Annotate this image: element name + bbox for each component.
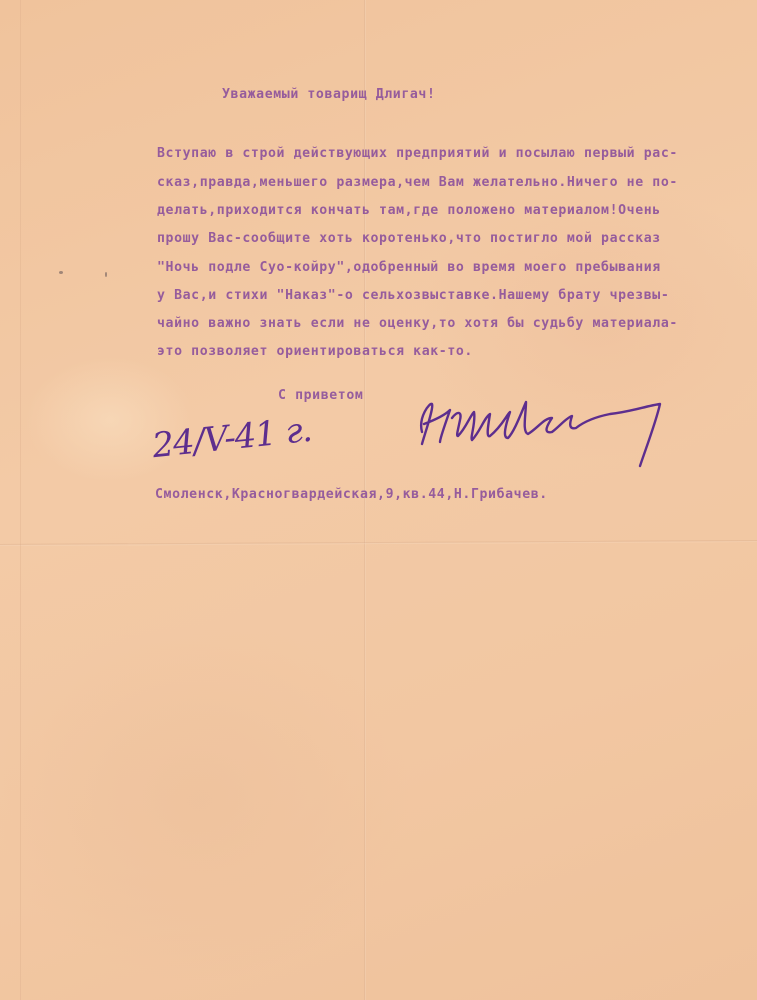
handwritten-date: 24/V-41 г.	[150, 410, 313, 466]
body-line: сказ,правда,меньшего размера,чем Вам жел…	[157, 175, 678, 190]
body-line: Вступаю в строй действующих предприятий …	[157, 146, 678, 161]
sender-address: Смоленск,Красногвардейская,9,кв.44,Н.Гри…	[155, 487, 548, 502]
left-edge-crease	[20, 0, 21, 1000]
body-line: делать,приходится кончать там,где положе…	[157, 203, 661, 218]
body-line: "Ночь подле Суо-койру",одобренный во вре…	[157, 260, 661, 275]
letter-greeting: Уважаемый товарищ Длигач!	[222, 87, 436, 102]
letter-closing: С приветом	[278, 388, 363, 403]
paper-speck	[59, 271, 63, 274]
letter-page: Уважаемый товарищ Длигач! Вступаю в стро…	[0, 0, 757, 1000]
body-line: чайно важно знать если не оценку,то хотя…	[157, 316, 678, 331]
paper-speck	[105, 272, 107, 277]
body-line: у Вас,и стихи "Наказ"-о сельхозвыставке.…	[157, 288, 669, 303]
body-line: прошу Вас-сообщите хоть коротенько,что п…	[157, 231, 661, 246]
horizontal-fold-line	[0, 540, 757, 546]
handwritten-signature	[410, 392, 680, 472]
body-line: это позволяет ориентироваться как-то.	[157, 344, 473, 359]
